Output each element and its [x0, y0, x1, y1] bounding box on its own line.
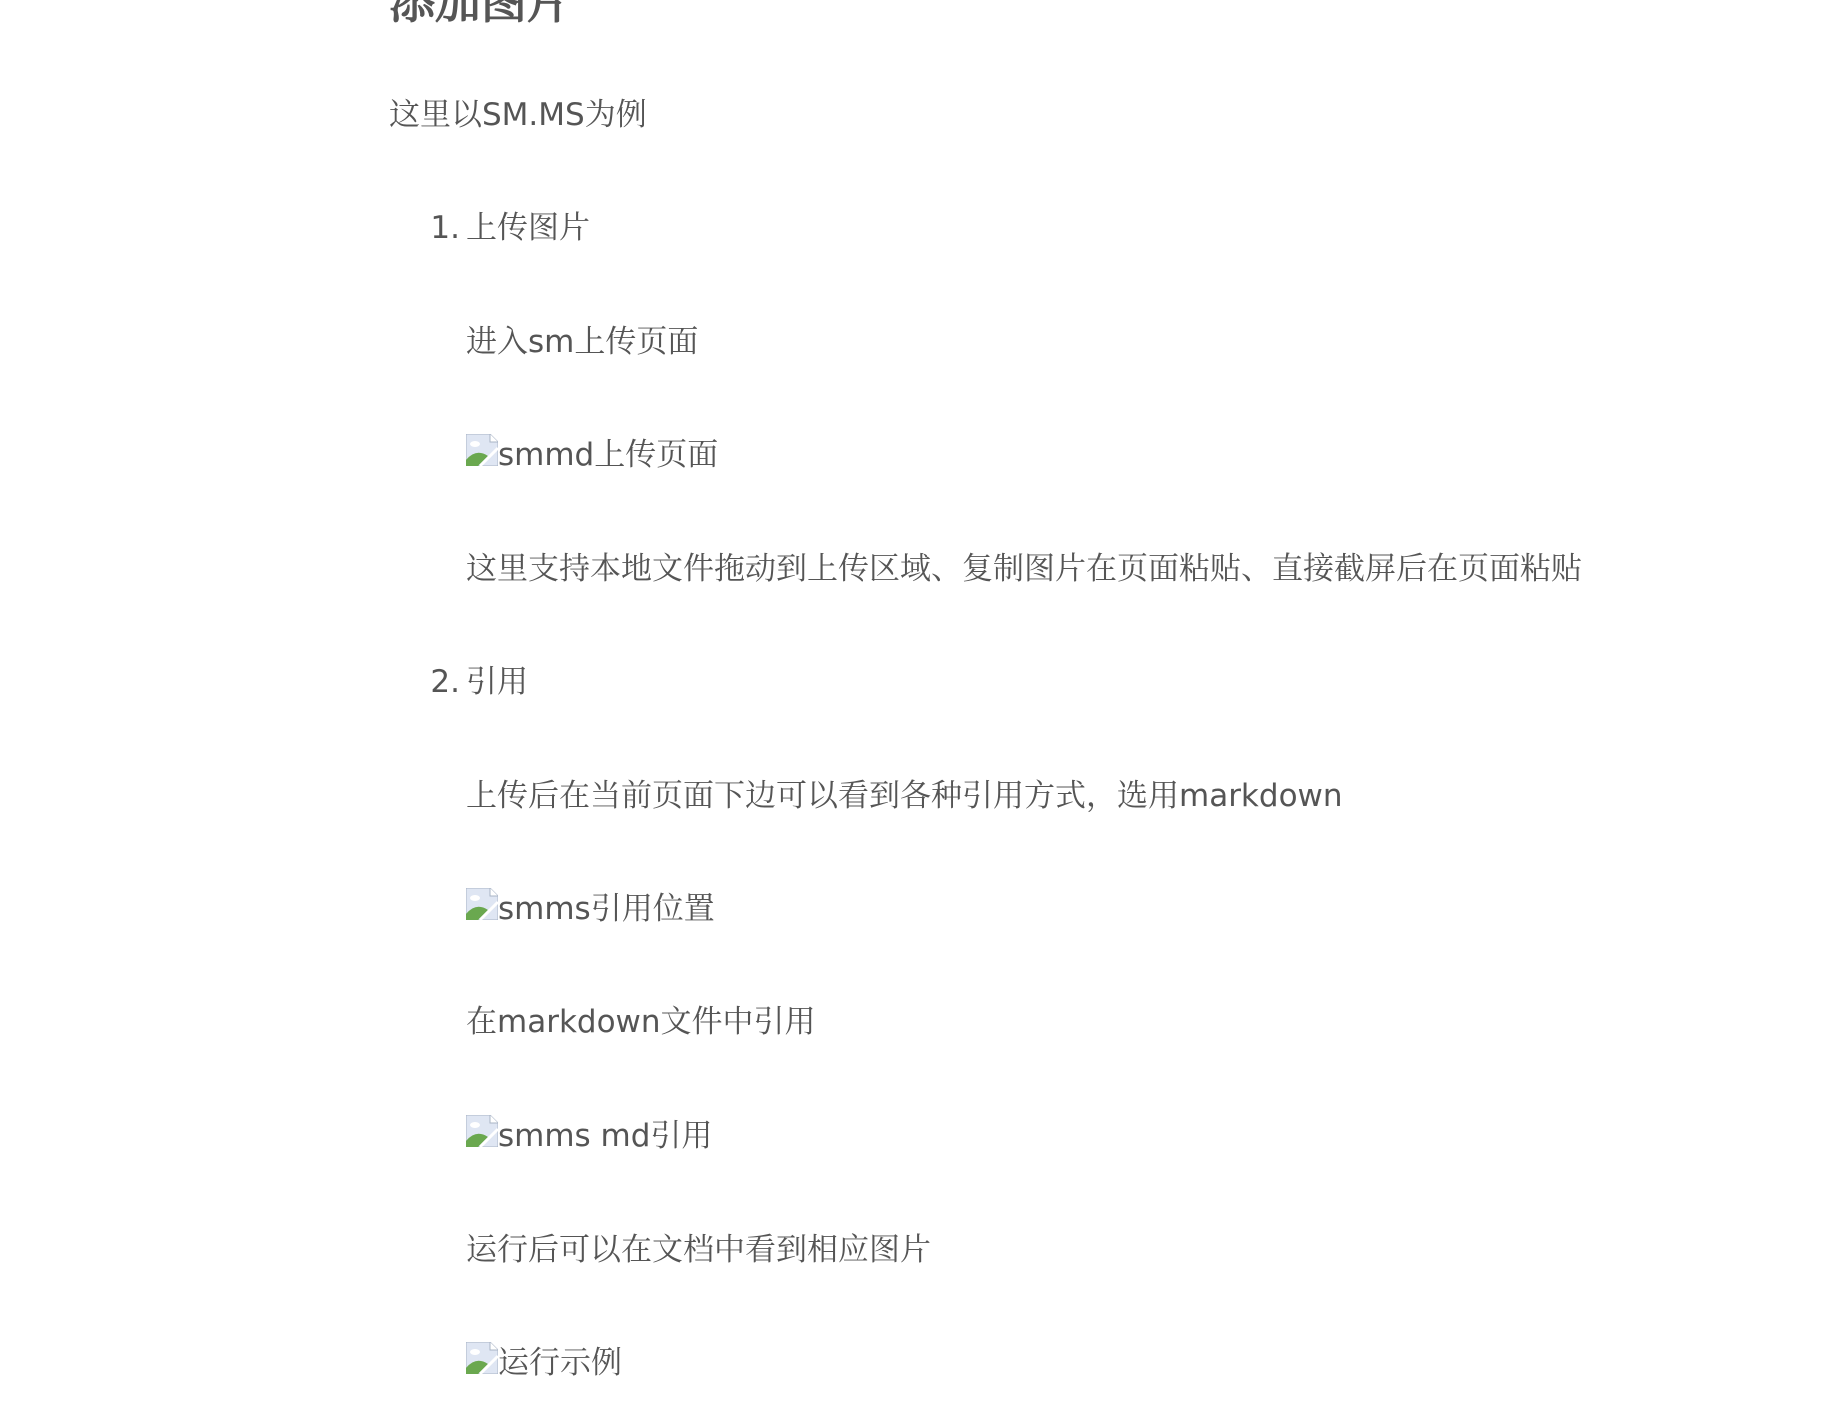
section-heading: 添加图片 [389, 0, 573, 32]
broken-image-icon [466, 1342, 498, 1374]
broken-image-icon [466, 888, 498, 920]
list-item-step-1: 1. 上传图片 [466, 203, 590, 253]
broken-image-icon [466, 434, 498, 466]
list-number: 1. [430, 203, 460, 253]
image-alt-text: smmd上传页面 [498, 430, 718, 480]
step-1-paragraph-2: 这里支持本地文件拖动到上传区域、复制图片在页面粘贴、直接截屏后在页面粘贴 [466, 544, 1582, 594]
intro-paragraph: 这里以SM.MS为例 [389, 90, 647, 140]
broken-image-icon [466, 1115, 498, 1147]
step-2-paragraph-3: 运行后可以在文档中看到相应图片 [466, 1225, 931, 1275]
image-alt-text: smms引用位置 [498, 884, 715, 934]
list-item-title: 引用 [466, 657, 528, 707]
step-2-image-3[interactable]: 运行示例 [466, 1338, 622, 1388]
list-number: 2. [430, 657, 460, 707]
step-2-image-1[interactable]: smms引用位置 [466, 884, 715, 934]
step-2-image-2[interactable]: smms md引用 [466, 1111, 712, 1161]
image-alt-text: smms md引用 [498, 1111, 712, 1161]
step-2-paragraph-2: 在markdown文件中引用 [466, 997, 816, 1047]
step-2-paragraph-1: 上传后在当前页面下边可以看到各种引用方式，选用markdown [466, 771, 1343, 821]
step-1-image[interactable]: smmd上传页面 [466, 430, 718, 480]
list-item-step-2: 2. 引用 [466, 657, 528, 707]
step-1-paragraph-1: 进入sm上传页面 [466, 317, 698, 367]
image-alt-text: 运行示例 [498, 1338, 622, 1388]
list-item-title: 上传图片 [466, 203, 590, 253]
